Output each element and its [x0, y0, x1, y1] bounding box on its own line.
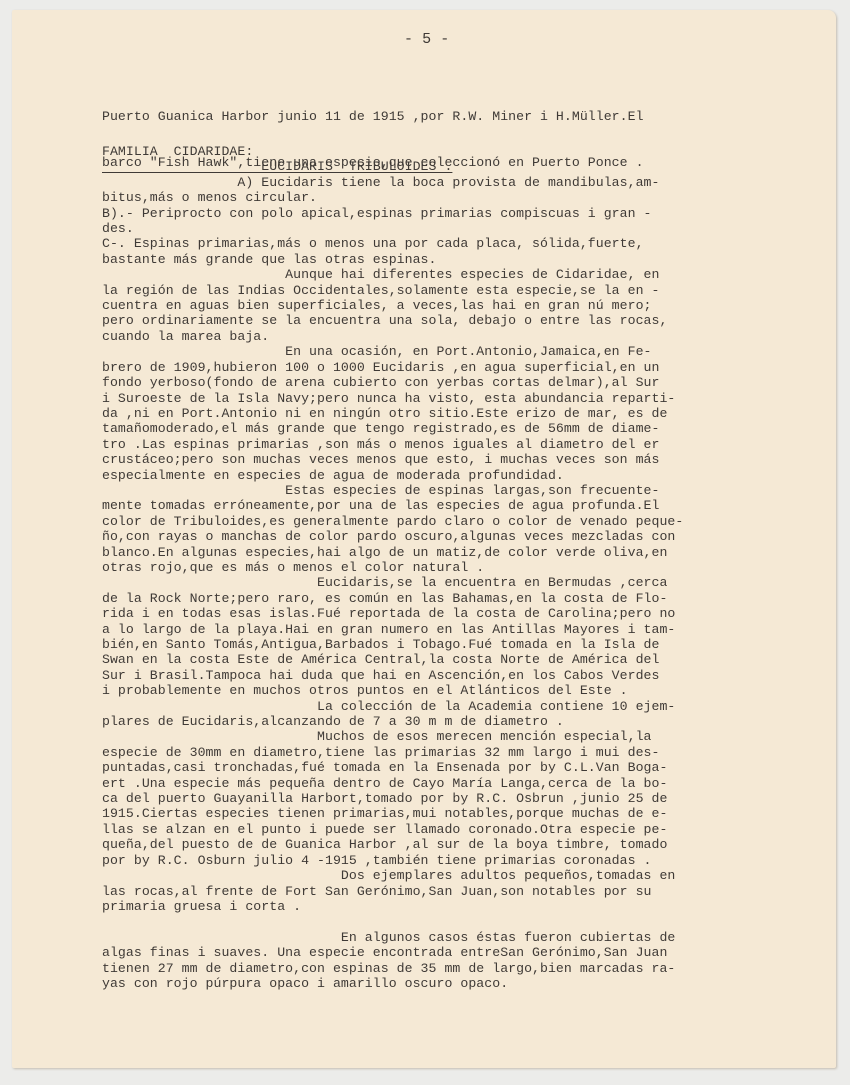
text-line: cuando la marea baja.	[102, 329, 683, 344]
text-line: a lo largo de la playa.Hai en gran numer…	[102, 622, 683, 637]
text-line: En algunos casos éstas fueron cubiertas …	[102, 930, 683, 945]
text-line: En una ocasión, en Port.Antonio,Jamaica,…	[102, 344, 683, 359]
text-line: yas con rojo púrpura opaco i amarillo os…	[102, 976, 683, 991]
text-line: llas se alzan en el punto i puede ser ll…	[102, 822, 683, 837]
text-line: da ,ni en Port.Antonio ni en ningún otro…	[102, 406, 683, 421]
text-line: crustáceo;pero son muchas veces menos qu…	[102, 452, 683, 467]
text-line: cuentra en aguas bien superficiales, a v…	[102, 298, 683, 313]
text-line: bién,en Santo Tomás,Antigua,Barbados i T…	[102, 637, 683, 652]
text-line: Sur i Brasil.Tampoca hai duda que hai en…	[102, 668, 683, 683]
text-line: Puerto Guanica Harbor junio 11 de 1915 ,…	[102, 109, 644, 124]
text-line: ert .Una especie más pequeña dentro de C…	[102, 776, 683, 791]
page-number: - 5 -	[404, 31, 449, 48]
text-line: La colección de la Academia contiene 10 …	[102, 699, 683, 714]
text-line: plares de Eucidaris,alcanzando de 7 a 30…	[102, 714, 683, 729]
text-line: puntadas,casi tronchadas,fué tomada en l…	[102, 760, 683, 775]
family-heading: FAMILIA CIDARIDAE:	[102, 144, 683, 159]
text-line: Estas especies de espinas largas,son fre…	[102, 483, 683, 498]
text-line: de la Rock Norte;pero raro, es común en …	[102, 591, 683, 606]
text-line: por by R.C. Osburn julio 4 -1915 ,tambié…	[102, 853, 683, 868]
text-line: Dos ejemplares adultos pequeños,tomadas …	[102, 868, 683, 883]
text-line: queña,del puesto de de Guanica Harbor ,a…	[102, 837, 683, 852]
text-line: otras rojo,que es más o menos el color n…	[102, 560, 683, 575]
text-line: i probablemente en muchos otros puntos e…	[102, 683, 683, 698]
text-line: Muchos de esos merecen mención especial,…	[102, 729, 683, 744]
text-line: B).- Periprocto con polo apical,espinas …	[102, 206, 683, 221]
text-line: ño,con rayas o manchas de color pardo os…	[102, 529, 683, 544]
text-line: bitus,más o menos circular.	[102, 190, 683, 205]
text-line: algas finas i suaves. Una especie encont…	[102, 945, 683, 960]
text-line: Aunque hai diferentes especies de Cidari…	[102, 267, 683, 282]
text-line: fondo yerboso(fondo de arena cubierto co…	[102, 375, 683, 390]
text-line: blanco.En algunas especies,hai algo de u…	[102, 545, 683, 560]
text-line: Swan en la costa Este de América Central…	[102, 652, 683, 667]
text-line: las rocas,al frente de Fort San Gerónimo…	[102, 884, 683, 899]
text-line: Eucidaris,se la encuentra en Bermudas ,c…	[102, 575, 683, 590]
text-line: tienen 27 mm de diametro,con espinas de …	[102, 961, 683, 976]
text-line: especialmente en especies de agua de mod…	[102, 468, 683, 483]
text-line: primaria gruesa i corta .	[102, 899, 683, 914]
text-line: la región de las Indias Occidentales,sol…	[102, 283, 683, 298]
species-heading: EUCIDARIS TRIBULOIDES .	[102, 159, 683, 174]
text-line: tro .Las espinas primarias ,son más o me…	[102, 437, 683, 452]
body-text: FAMILIA CIDARIDAE: EUCIDARIS TRIBULOIDES…	[102, 144, 683, 991]
text-line: des.	[102, 221, 683, 236]
text-line: pero ordinariamente se la encuentra una …	[102, 313, 683, 328]
text-line: mente tomadas erróneamente,por una de la…	[102, 498, 683, 513]
text-line	[102, 914, 683, 929]
text-line: especie de 30mm en diametro,tiene las pr…	[102, 745, 683, 760]
text-line: brero de 1909,hubieron 100 o 1000 Eucida…	[102, 360, 683, 375]
text-line: bastante más grande que las otras espina…	[102, 252, 683, 267]
text-line: rida i en todas esas islas.Fué reportada…	[102, 606, 683, 621]
text-line: ca del puerto Guayanilla Harbort,tomado …	[102, 791, 683, 806]
text-line: color de Tribuloides,es generalmente par…	[102, 514, 683, 529]
text-line: 1915.Ciertas especies tienen primarias,m…	[102, 806, 683, 821]
text-line: A) Eucidaris tiene la boca provista de m…	[102, 175, 683, 190]
text-line: C-. Espinas primarias,más o menos una po…	[102, 236, 683, 251]
text-line: i Suroeste de la Isla Navy;pero nunca ha…	[102, 391, 683, 406]
text-line: tamañomoderado,el más grande que tengo r…	[102, 421, 683, 436]
